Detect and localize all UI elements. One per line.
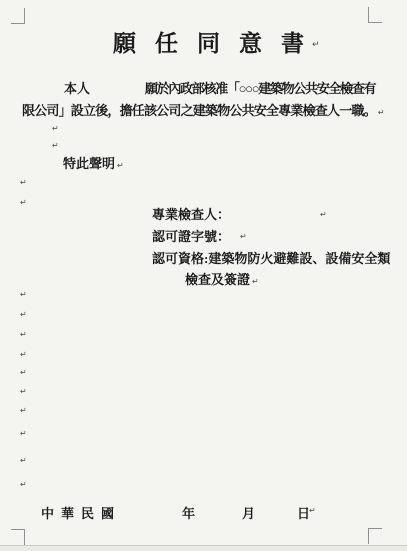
paragraph-mark-icon: ↵ [20, 388, 27, 396]
date-month-label: 月 [242, 503, 255, 522]
paragraph-mark-icon: ↵ [252, 277, 259, 286]
paragraph-mark-icon: ↵ [52, 125, 59, 133]
paragraph-mark-icon: ↵ [20, 351, 27, 359]
paragraph-mark-icon: ↵ [20, 331, 27, 339]
paragraph-mark-icon: ↵ [20, 199, 27, 207]
paragraph-mark-icon: ↵ [20, 457, 27, 465]
paragraph-mark-icon: ↵ [52, 142, 59, 150]
date-year-label: 年 [182, 503, 195, 522]
qualification-line2-text: 檢查及簽證 [185, 272, 250, 287]
paragraph-mark-icon: ↵ [117, 161, 124, 170]
paragraph-mark-icon: ↵ [20, 407, 27, 415]
paragraph-mark-icon: ↵ [20, 481, 27, 489]
paragraph-mark-icon: ↵ [20, 291, 27, 299]
document-title: 願任同意書↵ [113, 25, 320, 58]
declaration-line: 特此聲明↵ [63, 156, 124, 173]
text-boundary-corner-top-left-icon [11, 8, 25, 24]
paragraph-mark-icon: ↵ [320, 211, 327, 219]
qualification-line2: 檢查及簽證↵ [185, 272, 259, 289]
certificate-number-label: 認可證字號： [152, 229, 230, 244]
paragraph-mark-icon: ↵ [20, 311, 27, 319]
paragraph-mark-icon: ↵ [20, 179, 27, 187]
body-line1-rest: 願於內政部核准「○○○建築物公共安全檢查有 [145, 81, 375, 96]
text-boundary-corner-top-right-icon [368, 7, 382, 23]
body-line1-lead: 本人 [64, 81, 90, 96]
body-line2-text: 限公司」設立後，擔任該公司之建築物公共安全專業檢查人一職。 [22, 103, 376, 118]
paragraph-mark-icon: ↵ [20, 369, 27, 377]
page-title: 願任同意書 [113, 31, 323, 56]
inspector-label: 專業檢查人： [152, 207, 230, 222]
paragraph-mark-icon: ↵ [240, 233, 247, 241]
text-boundary-corner-bottom-right-icon [368, 528, 382, 544]
page-edge-band [0, 546, 407, 551]
paragraph-mark-icon: ↵ [378, 108, 385, 117]
text-boundary-corner-bottom-left-icon [11, 529, 25, 545]
qualification-line1: 認可資格:建築物防火避難設、設備安全類 [152, 251, 390, 266]
document-page[interactable]: 願任同意書↵ 本人 願於內政部核准「○○○建築物公共安全檢查有 限公司」設立後，… [0, 0, 407, 551]
body-line2: 限公司」設立後，擔任該公司之建築物公共安全專業檢查人一職。↵ [22, 103, 385, 120]
declaration-text: 特此聲明 [63, 156, 115, 171]
paragraph-mark-icon: ↵ [309, 507, 316, 515]
paragraph-mark-icon: ↵ [20, 430, 27, 438]
paragraph-mark-icon: ↵ [312, 40, 320, 50]
date-era-label: 中華民國 [41, 503, 121, 522]
